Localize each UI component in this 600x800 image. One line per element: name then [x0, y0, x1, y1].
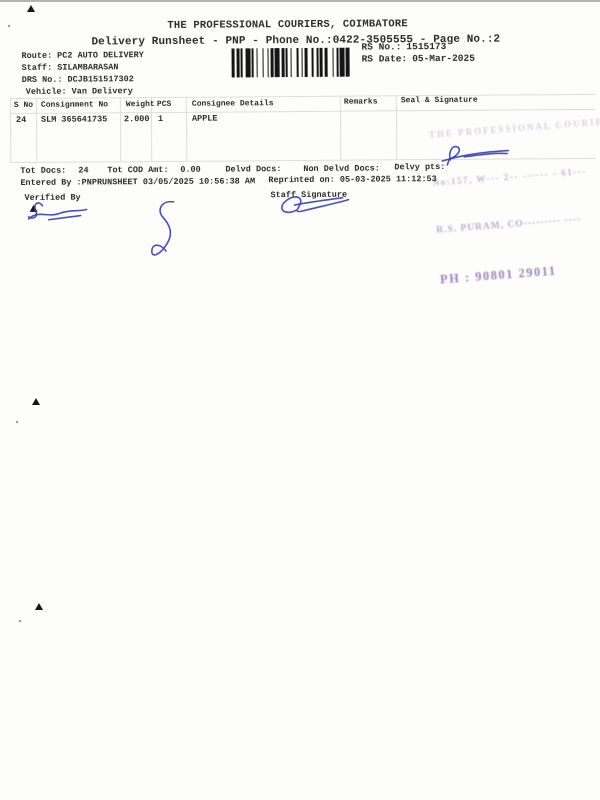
tot-docs-label: Tot Docs:: [20, 167, 66, 177]
table-col-line: [10, 98, 11, 162]
center-loop-signature: [144, 197, 187, 269]
staff-label: Staff:: [22, 63, 53, 73]
courier-rubber-stamp: THE PROFESSIONAL COURIERS No:157, W--- 2…: [426, 77, 600, 323]
cell-weight: 2.000: [124, 115, 150, 125]
non-delvd-docs-label: Non Delvd Docs:: [303, 164, 380, 174]
vehicle-label: Vehicle:: [26, 87, 67, 97]
route-row: Route:PC2 AUTO DELIVERY: [22, 51, 144, 61]
rs-date-row: RS Date:05-Mar-2025: [362, 54, 475, 65]
cell-sno: 24: [16, 116, 26, 125]
rs-no-value: 1515173: [406, 41, 446, 52]
col-header-pcs: PCS: [157, 101, 171, 110]
drs-value: DCJB151517302: [67, 74, 133, 84]
table-col-line: [186, 97, 187, 161]
reprinted-on-text: Reprinted on: 05-03-2025 11:12:53: [268, 175, 436, 186]
col-header-weight: Weight: [126, 101, 155, 110]
tot-cod-label: Tot COD Amt:: [107, 166, 168, 176]
table-col-line: [396, 95, 397, 159]
table-col-line: [340, 96, 341, 160]
drs-row: DRS No.:DCJB151517302: [22, 75, 134, 85]
rs-no-label: RS No.:: [361, 41, 401, 52]
route-value: PC2 AUTO DELIVERY: [57, 50, 144, 61]
delvd-docs-label: Delvd Docs:: [225, 165, 281, 175]
staff-value: SILAMBARASAN: [57, 62, 118, 72]
staff-signature: [273, 192, 353, 221]
cell-pcs: 1: [158, 115, 163, 124]
drs-label: DRS No.:: [22, 75, 63, 85]
scanned-delivery-runsheet: THE PROFESSIONAL COURIERS, COIMBATORE De…: [0, 0, 600, 800]
seal-area-signature: [434, 142, 512, 169]
document-title: THE PROFESSIONAL COURIERS, COIMBATORE: [167, 19, 408, 32]
cell-consignee: APPLE: [192, 115, 218, 125]
verified-by-signature: [21, 197, 93, 224]
rs-no-row: RS No.:1515173: [361, 42, 446, 53]
rs-date-value: 05-Mar-2025: [412, 53, 475, 64]
tot-cod-value: 0.00: [180, 166, 200, 175]
stamp-line-1: THE PROFESSIONAL COURIERS: [429, 113, 600, 140]
col-header-consignment: Consignment No: [41, 101, 108, 110]
vehicle-row: Vehicle:Van Delivery: [26, 87, 133, 97]
tot-docs-value: 24: [78, 166, 88, 175]
col-header-remarks: Remarks: [344, 98, 378, 107]
route-label: Route:: [22, 51, 53, 61]
vehicle-value: Van Delivery: [72, 86, 133, 96]
stamp-phone-line: PH : 90801 29011: [440, 256, 600, 288]
barcode: [231, 48, 350, 78]
entered-by-text: Entered By :PNPRUNSHEET 03/05/2025 10:56…: [20, 177, 255, 188]
delvy-pts-label: Delvy pts:: [394, 163, 445, 173]
staff-row: Staff:SILAMBARASAN: [22, 63, 119, 73]
col-header-sno: S No: [14, 102, 33, 111]
printed-document: THE PROFESSIONAL COURIERS, COIMBATORE De…: [0, 0, 600, 800]
cell-consignment: SLM 365641735: [41, 115, 107, 125]
stamp-line-3: R.S. PURAM, CO--------- ----: [436, 209, 600, 236]
table-col-line: [120, 97, 121, 161]
table-col-line: [36, 98, 37, 162]
col-header-consignee: Consignee Details: [192, 100, 274, 109]
rs-date-label: RS Date:: [362, 53, 408, 64]
